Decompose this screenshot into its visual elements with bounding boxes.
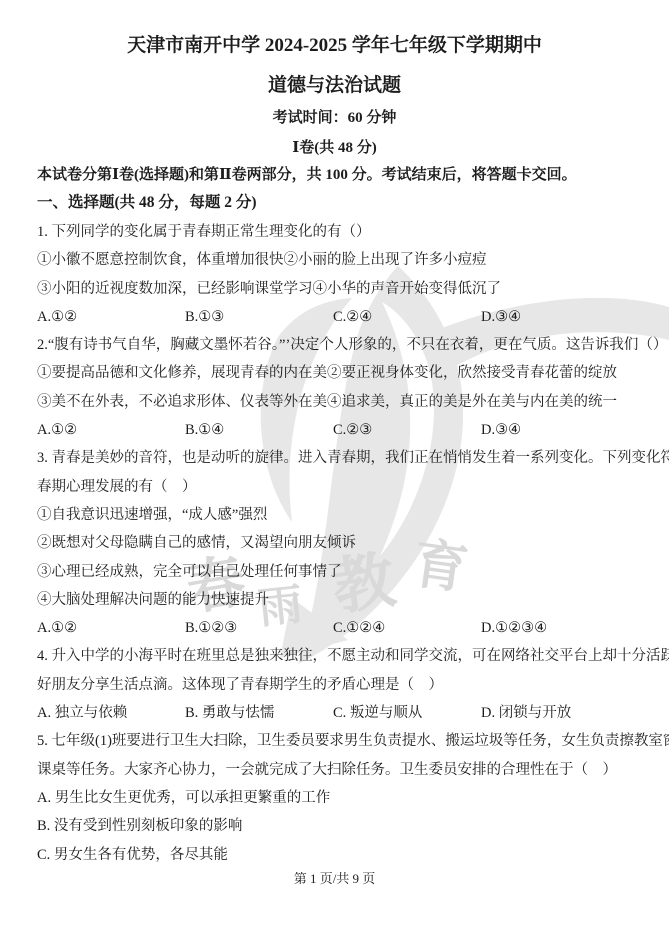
section-heading: 一、选择题(共 48 分，每题 2 分) (37, 192, 632, 214)
body-line: 2.“腹有诗书气自华，胸藏文墨怀若谷。”’决定个人形象的，不只在衣着，更在气质。… (37, 331, 632, 359)
exam-page: 春雨教育 天津市南开中学 2024-2025 学年七年级下学期期中 道德与法治试… (0, 0, 669, 930)
option-cell: D.①②③④ (481, 614, 547, 642)
options-row: A.①②B.①③C.②④D.③④ (37, 303, 632, 331)
question-blocks: 1. 下列同学的变化属于青春期正常生理变化的有（）①小徽不愿意控制饮食，体重增加… (37, 218, 632, 869)
body-line: 3. 青春是美妙的音符，也是动听的旋律。进入青春期，我们正在悄悄发生着一系列变化… (37, 444, 632, 472)
option-cell: A.①② (37, 416, 185, 444)
body-line: 好朋友分享生活点滴。这体现了青春期学生的矛盾心理是（ ） (37, 671, 632, 699)
body-line: ③美不在外表，不必追求形体、仪表等外在美④追求美，真正的美是外在美与内在美的统一 (37, 388, 632, 416)
page-footer: 第 1 页/共 9 页 (37, 869, 632, 889)
option-cell: D. 闭锁与开放 (481, 699, 571, 727)
option-cell: C.②④ (333, 303, 481, 331)
part-heading: Ⅰ卷(共 48 分) (37, 137, 632, 159)
body-line: ①自我意识迅速增强，“成人感”强烈 (37, 501, 632, 529)
options-row: A.①②B.①④C.②③D.③④ (37, 416, 632, 444)
instructions: 本试卷分第Ⅰ卷(选择题)和第Ⅱ卷两部分，共 100 分。考试结束后，将答题卡交回… (37, 164, 632, 186)
options-row: A.①②B.①②③C.①②④D.①②③④ (37, 614, 632, 642)
body-line: ④大脑处理解决问题的能力快速提升 (37, 586, 632, 614)
option-cell: A. 独立与依赖 (37, 699, 185, 727)
page-title-line2: 道德与法治试题 (37, 73, 632, 99)
body-line: B. 没有受到性别刻板印象的影响 (37, 812, 632, 840)
body-line: ③心理已经成熟，完全可以自己处理任何事情了 (37, 558, 632, 586)
option-cell: B. 勇敢与怯懦 (185, 699, 333, 727)
option-cell: A.①② (37, 614, 185, 642)
option-cell: B.①③ (185, 303, 333, 331)
option-cell: A.①② (37, 303, 185, 331)
body-line: A. 男生比女生更优秀，可以承担更繁重的工作 (37, 784, 632, 812)
options-row: A. 独立与依赖B. 勇敢与怯懦C. 叛逆与顺从D. 闭锁与开放 (37, 699, 632, 727)
option-cell: C.②③ (333, 416, 481, 444)
body-line: 4. 升入中学的小海平时在班里总是独来独往，不愿主动和同学交流，可在网络社交平台… (37, 642, 632, 670)
body-line: C. 男女生各有优势，各尽其能 (37, 841, 632, 869)
option-cell: B.①②③ (185, 614, 333, 642)
exam-content: 天津市南开中学 2024-2025 学年七年级下学期期中 道德与法治试题 考试时… (0, 0, 669, 889)
body-line: 春期心理发展的有（ ） (37, 473, 632, 501)
body-line: ②既想对父母隐瞒自己的感情，又渴望向朋友倾诉 (37, 529, 632, 557)
body-line: ③小阳的近视度数加深，已经影响课堂学习④小华的声音开始变得低沉了 (37, 275, 632, 303)
body-line: ①要提高品德和文化修养，展现青春的内在美②要正视身体变化，欣然接受青春花蕾的绽放 (37, 359, 632, 387)
option-cell: D.③④ (481, 303, 521, 331)
option-cell: C. 叛逆与顺从 (333, 699, 481, 727)
body-line: ①小徽不愿意控制饮食，体重增加很快②小丽的脸上出现了许多小痘痘 (37, 246, 632, 274)
body-line: 1. 下列同学的变化属于青春期正常生理变化的有（） (37, 218, 632, 246)
option-cell: D.③④ (481, 416, 521, 444)
body-line: 课桌等任务。大家齐心协力，一会就完成了大扫除任务。卫生委员安排的合理性在于（ ） (37, 756, 632, 784)
page-title-line1: 天津市南开中学 2024-2025 学年七年级下学期期中 (37, 0, 632, 59)
option-cell: B.①④ (185, 416, 333, 444)
body-line: 5. 七年级(1)班要进行卫生大扫除，卫生委员要求男生负责提水、搬运垃圾等任务，… (37, 727, 632, 755)
exam-time: 考试时间：60 分钟 (37, 107, 632, 129)
option-cell: C.①②④ (333, 614, 481, 642)
